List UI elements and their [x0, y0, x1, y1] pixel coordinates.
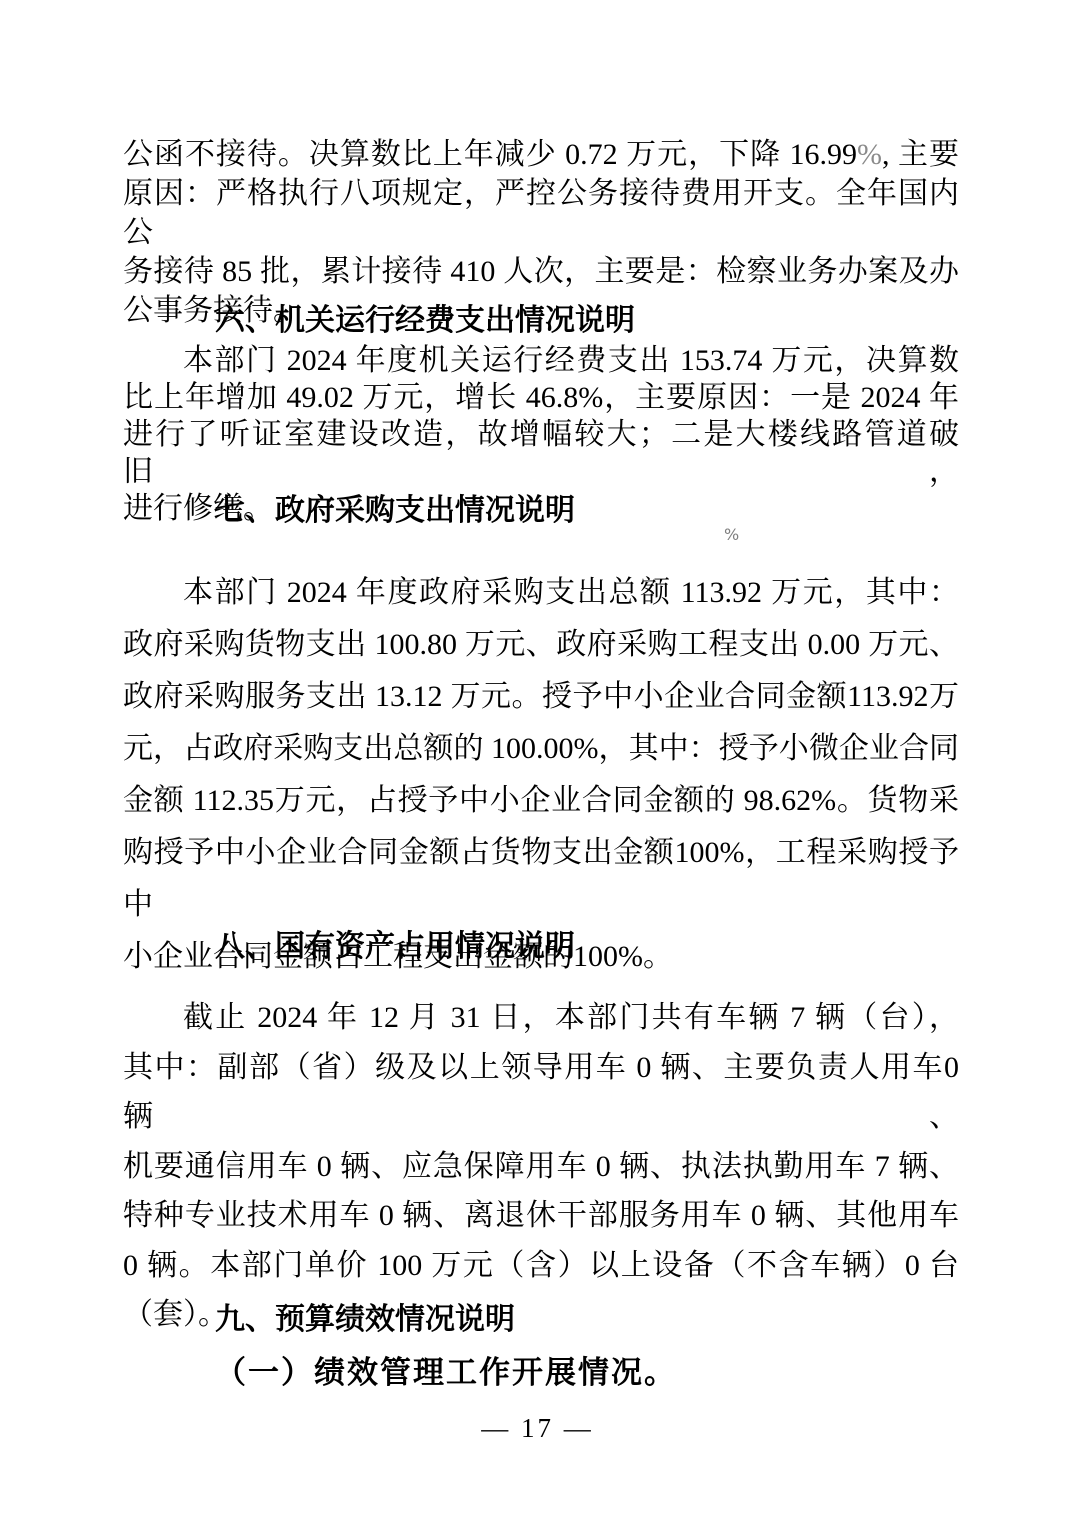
text-line: 购授予中小企业合同金额占货物支出金额100%，工程采购授予中	[123, 827, 959, 931]
muted-percent-sign: %	[857, 138, 882, 171]
text-line: 其中：副部（省）级及以上领导用车 0 辆、主要负责人用车0 辆、	[123, 1043, 959, 1142]
text-line: 比上年增加 49.02 万元，增长 46.8%，主要原因：一是 2024 年	[123, 379, 959, 416]
text-segment: 公函不接待。决算数比上年减少 0.72 万元，下降 16.99	[123, 138, 857, 171]
section-heading-7: 七、政府采购支出情况说明	[123, 494, 959, 528]
text-segment: , 主要	[882, 138, 959, 171]
text-line: 金额 112.35万元，占授予中小企业合同金额的 98.62%。货物采	[123, 775, 959, 827]
subsection-heading-9-1: （一）绩效管理工作开展情况。	[123, 1356, 959, 1390]
text-line: 原因：严格执行八项规定，严控公务接待费用开支。全年国内公	[123, 174, 959, 252]
text-line: 特种专业技术用车 0 辆、离退休干部服务用车 0 辆、其他用车	[123, 1191, 959, 1241]
text-line: 机要通信用车 0 辆、应急保障用车 0 辆、执法执勤用车 7 辆、	[123, 1142, 959, 1192]
text-line: 进行了听证室建设改造，故增幅较大；二是大楼线路管道破旧，	[123, 416, 959, 490]
section-heading-9: 九、预算绩效情况说明	[123, 1303, 959, 1337]
page-number: — 17 —	[0, 1413, 1075, 1444]
document-page: 公函不接待。决算数比上年减少 0.72 万元，下降 16.99%, 主要 原因：…	[0, 0, 1075, 1520]
text-line: 务接待 85 批，累计接待 410 人次，主要是：检察业务办案及办	[123, 252, 959, 291]
text-line: 截止 2024 年 12 月 31 日，本部门共有车辆 7 辆（台），	[123, 993, 959, 1043]
stray-percent-artifact: %	[724, 526, 739, 544]
text-line: 本部门 2024 年度机关运行经费支出 153.74 万元，决算数	[123, 342, 959, 379]
text-line: 公函不接待。决算数比上年减少 0.72 万元，下降 16.99%, 主要	[123, 135, 959, 174]
text-line: 0 辆。本部门单价 100 万元（含）以上设备（不含车辆）0 台	[123, 1241, 959, 1291]
paragraph-government-procurement: 本部门 2024 年度政府采购支出总额 113.92 万元，其中： 政府采购货物…	[123, 567, 959, 983]
text-line: 本部门 2024 年度政府采购支出总额 113.92 万元，其中：	[123, 567, 959, 619]
text-line: 政府采购服务支出 13.12 万元。授予中小企业合同金额113.92万	[123, 671, 959, 723]
section-heading-6: 六、机关运行经费支出情况说明	[123, 304, 959, 338]
section-heading-8: 八、国有资产占用情况说明	[123, 930, 959, 964]
text-line: 政府采购货物支出 100.80 万元、政府采购工程支出 0.00 万元、	[123, 619, 959, 671]
text-line: 元，占政府采购支出总额的 100.00%，其中：授予小微企业合同	[123, 723, 959, 775]
paragraph-official-reception: 公函不接待。决算数比上年减少 0.72 万元，下降 16.99%, 主要 原因：…	[123, 135, 959, 330]
paragraph-state-assets: 截止 2024 年 12 月 31 日，本部门共有车辆 7 辆（台）， 其中：副…	[123, 993, 959, 1340]
